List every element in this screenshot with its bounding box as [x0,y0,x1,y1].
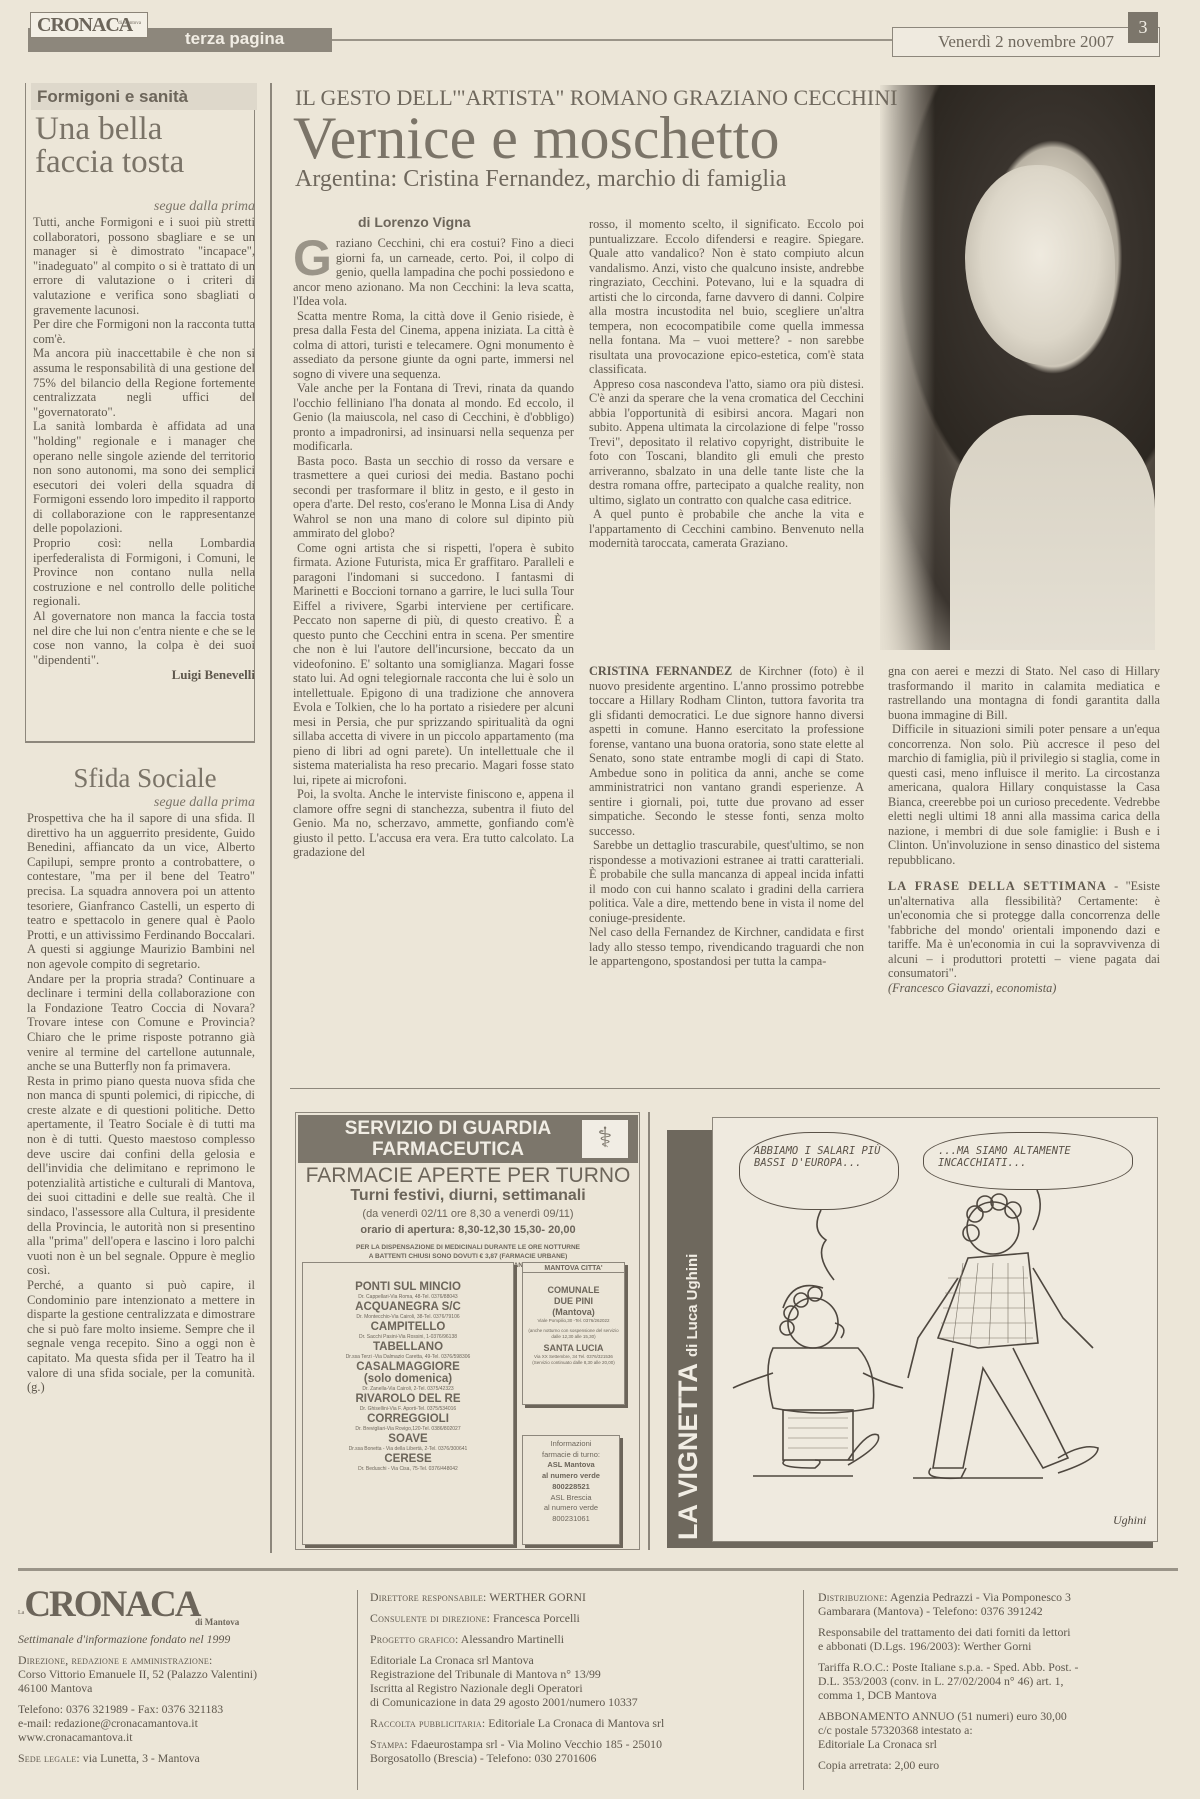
paragraph: Andare per la propria strada? Continuare… [27,972,255,1074]
info-line: farmacie di turno: [523,1450,619,1461]
paragraph: CRISTINA FERNANDEZ de Kirchner (foto) è … [589,664,864,838]
paragraph: Basta poco. Basta un secchio di rosso da… [293,454,574,541]
pharmacy-name: COMUNALE [523,1285,624,1296]
pharmacy-name: (Mantova) [523,1307,624,1318]
footer-line: di Comunicazione in data 29 agosto 2001/… [370,1695,800,1709]
footer-line: D.L. 353/2003 (conv. in L. 27/02/2004 n°… [818,1674,1163,1688]
paragraph: Tutti, anche Formigoni e i suoi più stre… [33,215,255,317]
footer-line: Editoriale La Cronaca srl Mantova [370,1653,800,1667]
caduceus-icon: ⚕ [582,1120,628,1158]
lead-bold: CRISTINA FERNANDEZ [589,664,732,678]
byline: di Lorenzo Vigna [358,214,471,230]
footer-label: Direzione, redazione e amministrazione: [18,1653,353,1667]
footer-line: Editoriale La Cronaca srl [818,1737,1163,1751]
info-line: al numero verde [523,1503,619,1514]
quote-text: - "Esiste un'alternativa alla flessibili… [888,879,1160,980]
pharmacy-address: Dr. Cappellari-Via Roma, 48-Tel. 0376/88… [303,1293,513,1301]
pharmacy-info-box: Informazioni farmacie di turno: ASL Mant… [522,1435,620,1545]
paragraph: Prospettiva che ha il sapore di una sfid… [27,811,255,972]
issue-date: Venerdì 2 novembre 2007 [892,27,1160,57]
cartoon-drawing-icon [713,1118,1159,1543]
footer-stampa: Stampa: Fdaeurostampa srl - Via Molino V… [370,1737,800,1751]
pharmacy-list: PONTI SUL MINCIO Dr. Cappellari-Via Roma… [302,1262,514,1545]
info-phone: 800231061 [523,1514,619,1525]
footer-label: Distribuzione: [818,1590,888,1604]
pharmacy-ad-hours: orario di apertura: 8,30-12,30 15,30- 20… [298,1224,638,1236]
cartoon-author: di Luca Ughini [684,1254,701,1357]
page-number: 3 [1128,12,1158,43]
paragraph: rosso, il momento scelto, il significato… [589,217,864,377]
pharmacy-town: CORREGGIOLI [303,1413,513,1425]
paragraph: Al governatore non manca la faccia tosta… [33,609,255,667]
continued-note: segue dalla prima [27,795,255,811]
article-text: Tutti, anche Formigoni e i suoi più stre… [33,215,255,667]
article-body-formigoni: segue dalla prima Tutti, anche Formigoni… [33,199,255,683]
paragraph-text: raziano Cecchini, chi era costui? Fino a… [293,236,574,308]
paragraph: Appreso cosa nascondeva l'atto, siamo or… [589,377,864,508]
mantova-city-pharmacies: MANTOVA CITTA' COMUNALE DUE PINI (Mantov… [522,1262,625,1405]
footer-value: Fdaeurostampa srl - Via Molino Vecchio 1… [408,1737,662,1751]
footer-col-2: Direttore responsabile: WERTHER GORNI Co… [370,1590,800,1765]
paragraph: Come ogni artista che si rispetti, l'ope… [293,541,574,788]
footer-value: Agenzia Pedrazzi - Via Pomponesco 3 [888,1590,1071,1604]
paragraph: Resta in primo piano questa nuova sfida … [27,1074,255,1278]
pharmacy-address: Dr.ssa Bonetta - Via della Libertà, 2-Te… [303,1445,513,1453]
info-line: ASL Brescia [523,1493,619,1504]
footer-label: Consulente di direzione: [370,1611,490,1625]
title-line: faccia tosta [35,146,260,179]
paragraph: Graziano Cecchini, chi era costui? Fino … [293,236,574,309]
header-line: SERVIZIO DI GUARDIA [298,1118,598,1139]
pharmacy-note: (anche notturno con sospensione del serv… [523,1328,624,1340]
quote-label: LA FRASE DELLA SETTIMANA [888,879,1107,893]
footer-phone: Telefono: 0376 321989 - Fax: 0376 321183 [18,1702,353,1716]
fernandez-column-2: gna con aerei e mezzi di Stato. Nel caso… [888,664,1160,995]
footer-line: comma 1, DCB Mantova [818,1688,1163,1702]
note-line: PER LA DISPENSAZIONE DI MEDICINALI DURAN… [298,1243,638,1252]
info-line: ASL Mantova [523,1460,619,1471]
footer-line: Iscritta al Registro Nazionale degli Ope… [370,1681,800,1695]
paragraph: Scatta mentre Roma, la città dove il Gen… [293,309,574,382]
footer-col-3: Distribuzione: Agenzia Pedrazzi - Via Po… [818,1590,1163,1772]
article-title: Una bella faccia tosta [35,113,260,179]
footer-email[interactable]: e-mail: redazione@cronacamantova.it [18,1716,353,1730]
footer-col-1: Settimanale d'informazione fondato nel 1… [18,1632,353,1765]
pharmacy-town: CAMPITELLO [303,1321,513,1333]
paragraph: Ma ancora più inaccettabile è che non si… [33,346,255,419]
pharmacy-town: PONTI SUL MINCIO [303,1281,513,1293]
lead-text: de Kirchner (foto) è il nuovo presidente… [589,664,864,838]
paragraph: Sarebbe un dettaglio trascurabile, quest… [589,838,864,925]
header-line: FARMACEUTICA [298,1139,598,1160]
footer-consulente: Consulente di direzione: Francesca Porce… [370,1611,800,1625]
footer-tagline: Settimanale d'informazione fondato nel 1… [18,1632,353,1646]
pharmacy-town: ACQUANEGRA S/C [303,1301,513,1313]
pharmacy-town: CERESE [303,1453,513,1465]
pharmacy-address: Dr. Sacchi Pasini-Via Rossini, 1-0376/96… [303,1333,513,1341]
pharmacy-ad-period: (da venerdì 02/11 ore 8,30 a venerdì 09/… [298,1208,638,1220]
cartoon-signature: Ughini [1113,1513,1146,1528]
footer-value: Editoriale La Cronaca di Mantova srl [485,1716,664,1730]
info-line: al numero verde [523,1471,619,1482]
footer-address: Corso Vittorio Emanuele II, 52 (Palazzo … [18,1667,353,1681]
footer-label: Progetto grafico: [370,1632,459,1646]
main-article-title: Vernice e moschetto [293,102,779,174]
pharmacy-town: SOAVE [303,1433,513,1445]
footer-label: Stampa: [370,1737,408,1751]
footer-line: Copia arretrata: 2,00 euro [818,1758,1163,1772]
main-article-col1: Graziano Cecchini, chi era costui? Fino … [293,236,574,860]
author-signature: Luigi Benevelli [33,667,255,683]
article-body-sfida: segue dalla prima Prospettiva che ha il … [27,795,255,1395]
main-article-subtitle: Argentina: Cristina Fernandez, marchio d… [295,166,786,193]
cartoon-panel: ABBIAMO I SALARI PIÙ BASSI D'EUROPA... .… [712,1117,1158,1542]
pharmacy-address: Dr. Montecchio-Via Cairoli, 38-Tel. 0376… [303,1313,513,1321]
pharmacy-note: (Servizio continuato dalle 8,30 alle 20,… [523,1360,624,1366]
section-divider [290,1088,1160,1089]
paragraph: Poi, la svolta. Anche le interviste fini… [293,787,574,860]
masthead-logo-sub: di Mantova [118,12,141,36]
fernandez-column: CRISTINA FERNANDEZ de Kirchner (foto) è … [589,664,864,969]
logo-text: CRONACA [24,1584,199,1625]
footer-website[interactable]: www.cronacamantova.it [18,1730,353,1744]
footer-line: ABBONAMENTO ANNUO (51 numeri) euro 30,00 [818,1709,1163,1723]
article-title: Sfida Sociale [25,763,265,794]
footer-value: WERTHER GORNI [487,1590,586,1604]
footer-distribuzione: Distribuzione: Agenzia Pedrazzi - Via Po… [818,1590,1163,1604]
quote-source: (Francesco Giavazzi, economista) [888,981,1160,996]
footer-logo-sub: di Mantova [195,1617,239,1627]
note-line: A BATTENTI CHIUSI SONO DOVUTI € 3,87 (FA… [298,1252,638,1261]
footer-line: Tariffa R.O.C.: Poste Italiane s.p.a. - … [818,1660,1163,1674]
footer-line: e abbonati (D.Lgs. 196/2003): Werther Go… [818,1639,1163,1653]
pharmacy-name: SANTA LUCIA [523,1343,624,1354]
drop-cap: G [293,238,332,278]
column-divider [270,83,272,1553]
paragraph: Per dire che Formigoni non la racconta t… [33,317,255,346]
paragraph: Proprio così: nella Lombardia iperfedera… [33,536,255,609]
footer-line: Gambarara (Mantova) - Telefono: 0376 391… [818,1604,1163,1618]
pharmacy-ad-title: FARMACIE APERTE PER TURNO [298,1164,638,1188]
title-line: Una bella [35,113,260,146]
footer-column-divider [803,1590,804,1790]
footer-direttore: Direttore responsabile: WERTHER GORNI [370,1590,800,1604]
footer-value: Francesca Porcelli [490,1611,580,1625]
footer-label: Raccolta pubblicitaria: [370,1716,485,1730]
footer-value: via Lunetta, 3 - Mantova [80,1751,200,1765]
pharmacy-name: DUE PINI [523,1296,624,1307]
footer-line: Borgosatollo (Brescia) - Telefono: 030 2… [370,1751,800,1765]
portrait-photo [880,85,1155,650]
footer-address: 46100 Mantova [18,1681,353,1695]
paragraph: Perché, a quanto si può capire, il Condo… [27,1278,255,1395]
footer-column-divider [357,1590,358,1790]
pharmacy-town: CASALMAGGIORE [303,1361,513,1373]
info-line: Informazioni [523,1439,619,1450]
pharmacy-address: Dr. Zanella-Via Cairoli, 2-Tel. 0375/423… [303,1385,513,1393]
pharmacy-town: (solo domenica) [303,1373,513,1385]
paragraph: La sanità lombarda è affidata ad una "ho… [33,419,255,536]
continued-note: segue dalla prima [33,199,255,215]
photo-fade [880,85,1155,650]
footer-logo: LaCRONACA [18,1583,199,1626]
pharmacy-address: Viale Pompilio,30 -Tel. 0376/262022 [523,1318,624,1324]
footer-label: Sede legale: [18,1751,80,1765]
footer-value: Alessandro Martinelli [459,1632,565,1646]
footer-divider [18,1568,1178,1571]
footer-label: Direttore responsabile: [370,1590,487,1604]
section-title: terza pagina [185,29,284,49]
paragraph: Vale anche per la Fontana di Trevi, rina… [293,381,574,454]
city-label: MANTOVA CITTA' [523,1263,624,1273]
cartoon-label: LA VIGNETTAdi Luca Ughini [668,1140,708,1540]
footer-line: c/c postale 57320368 intestato a: [818,1723,1163,1737]
info-phone: 800228521 [523,1482,619,1493]
footer-progetto: Progetto grafico: Alessandro Martinelli [370,1632,800,1646]
pharmacy-town: TABELLANO [303,1341,513,1353]
pharmacy-address: Dr. Brevigliari-Via Rovigo,120-Tel. 0386… [303,1425,513,1433]
quote-of-week: LA FRASE DELLA SETTIMANA - "Esiste un'al… [888,879,1160,981]
pharmacy-town: RIVAROLO DEL RE [303,1393,513,1405]
article-kicker: Formigoni e sanità [31,83,257,110]
pharmacy-address: Dr.ssa Terzi -Via Dalmazio Caretta, 49-T… [303,1353,513,1361]
footer-line: Responsabile del trattamento dei dati fo… [818,1625,1163,1639]
footer-sede: Sede legale: via Lunetta, 3 - Mantova [18,1751,353,1765]
column-divider [648,1112,650,1550]
pharmacy-ad-subtitle: Turni festivi, diurni, settimanali [298,1187,638,1205]
paragraph: Difficile in situazioni simili poter pen… [888,722,1160,867]
main-article-col2: rosso, il momento scelto, il significato… [589,217,864,551]
city-list: COMUNALE DUE PINI (Mantova) Viale Pompil… [523,1273,624,1366]
cartoon-title: LA VIGNETTA [673,1363,703,1540]
paragraph: gna con aerei e mezzi di Stato. Nel caso… [888,664,1160,722]
paragraph: Nel caso della Fernandez de Kirchner, ca… [589,925,864,969]
pharmacy-address: Dr. Beduschi - Via Cisa, 75-Tel. 0376/44… [303,1465,513,1473]
masthead-logo: CRONACAdi Mantova [30,12,148,38]
pharmacy-address: Dr. Ghisellini-Via F. Aporti-Tel. 0375/5… [303,1405,513,1413]
footer-raccolta: Raccolta pubblicitaria: Editoriale La Cr… [370,1716,800,1730]
paragraph: A quel punto è probabile che anche la vi… [589,507,864,551]
header-divider [332,39,892,41]
article-text: Prospettiva che ha il sapore di una sfid… [27,811,255,1395]
footer-line: Registrazione del Tribunale di Mantova n… [370,1667,800,1681]
